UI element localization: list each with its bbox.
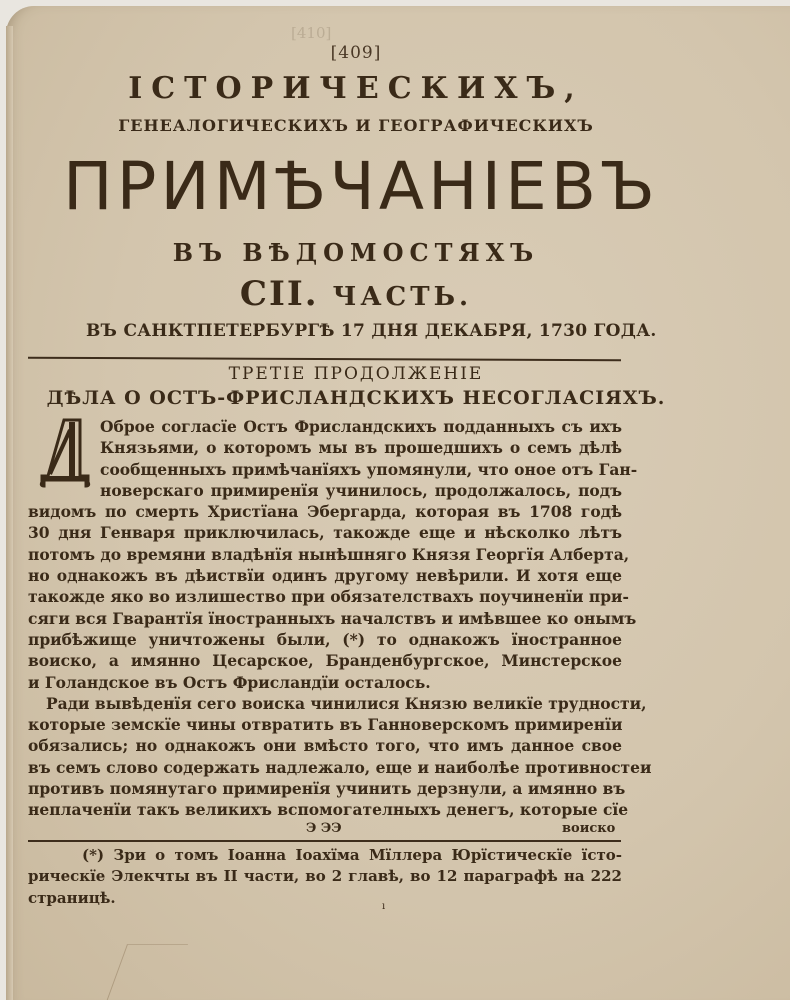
body-line: неплаченїи такъ великихъ вспомогателныхъ… <box>28 799 622 820</box>
body-line: 30 дня Генваря приключилась, такожде еще… <box>28 522 622 543</box>
book-page: [410] [409] ІСТОРИЧЕСКИХЪ, ГЕНЕАЛОГИЧЕСК… <box>6 6 790 1000</box>
body-line: противъ помянутаго примиренїя учинить де… <box>28 778 622 799</box>
footnote-line: страницѣ. <box>28 887 622 908</box>
header-divider <box>28 357 621 362</box>
book-spine-shadow <box>6 26 13 1000</box>
title-line-historical: ІСТОРИЧЕСКИХЪ, <box>6 71 706 106</box>
body-line: потомъ до времяни владѣнїя нынѣшняго Кня… <box>28 544 622 565</box>
stray-ink-mark: ı <box>382 901 385 912</box>
footnote: (*) Зри о томъ Іоанна Іоахїма Мїллера Юр… <box>28 844 622 908</box>
bleed-through-page-number: [410] <box>291 24 331 42</box>
body-line: такожде яко во излишество при обязателст… <box>28 586 622 607</box>
article-body: Оброе согласїе Остъ Фрисландскихъ поддан… <box>28 416 622 821</box>
body-line: сяги вся Гварантїя їностранныхъ началств… <box>28 608 622 629</box>
footnote-line: рическїе Элекчты въ II части, во 2 главѣ… <box>28 865 622 886</box>
page-number: [409] <box>6 43 706 63</box>
dateline: ВЪ САНКТПЕТЕРБУРГѢ 17 ДНЯ ДЕКАБРЯ, 1730 … <box>86 321 657 341</box>
body-line: обязались; но однакожъ они вмѣсто того, … <box>28 735 622 756</box>
body-line: видомъ по смерть Христїана Эбергарда, ко… <box>28 501 622 522</box>
body-line: которые земскїе чины отвратить въ Ганнов… <box>28 714 622 735</box>
body-line: въ семъ слово содержать надлежало, еще и… <box>28 757 622 778</box>
part-number: CII. <box>240 274 319 314</box>
paper-crease <box>105 944 188 1000</box>
body-line: прибѣжище уничтожены были, (*) то однако… <box>28 629 622 650</box>
signature-mark: Э ЭЭ <box>306 821 342 836</box>
article-subtitle-topic: ДѢЛА О ОСТЪ-ФРИСЛАНДСКИХЪ НЕСОГЛАСІЯХЪ. <box>6 387 706 409</box>
body-line: сообщенныхъ примѣчанїяхъ упомянули, что … <box>100 459 622 480</box>
part-label: ЧАСТЬ. <box>333 282 472 312</box>
body-line: Оброе согласїе Остъ Фрисландскихъ поддан… <box>100 416 622 437</box>
title-line-genealogical: ГЕНЕАЛОГИЧЕСКИХЪ И ГЕОГРАФИЧЕСКИХЪ <box>6 116 706 135</box>
body-line: Ради вывѣденїя сего воиска чинилися Княз… <box>28 693 622 714</box>
body-line: новерскаго примиренїя учинилось, продолж… <box>100 480 622 501</box>
body-line: и Голандское въ Остъ Фрисландїи осталось… <box>28 672 622 693</box>
catchword: воиско <box>562 821 615 836</box>
part-heading: CII.ЧАСТЬ. <box>6 274 706 314</box>
body-line: Князьями, о которомъ мы въ прошедшихъ о … <box>100 437 622 458</box>
title-line-gazette: ВЪ ВѢДОМОСТЯХЪ <box>6 238 706 267</box>
article-subtitle-continuation: ТРЕТІЕ ПРОДОЛЖЕНІЕ <box>6 364 706 384</box>
footnote-divider <box>28 840 621 842</box>
title-line-notes: ПРИМѢЧАНІЕВЪ <box>16 148 706 225</box>
body-line: воиско, а имянно Цесарское, Бранденбургс… <box>28 650 622 671</box>
body-line: но однакожъ въ дѣиствїи одинъ другому не… <box>28 565 622 586</box>
footnote-line: (*) Зри о томъ Іоанна Іоахїма Мїллера Юр… <box>28 844 622 865</box>
